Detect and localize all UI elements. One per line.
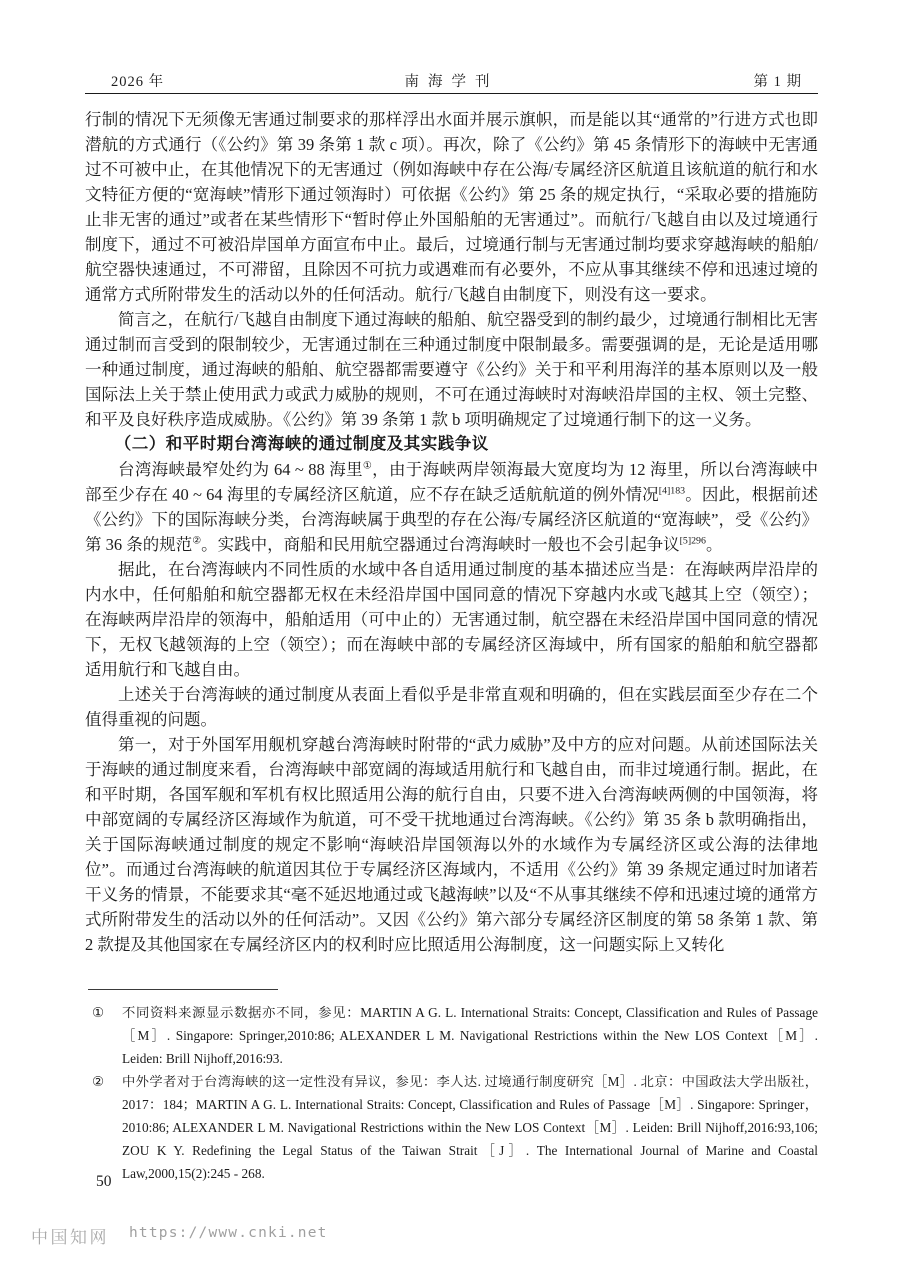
body-paragraph: 第一，对于外国军用舰机穿越台湾海峡时附带的“武力威胁”及中方的应对问题。从前述国… bbox=[85, 732, 818, 957]
footnote-marker: ② bbox=[85, 1070, 122, 1185]
cnki-watermark-url: https://www.cnki.net bbox=[129, 1225, 328, 1241]
article-body: 行制的情况下无须像无害通过制要求的那样浮出水面并展示旗帜，而是能以其“通常的”行… bbox=[85, 107, 818, 957]
journal-page: 2026 年 南海学刊 第 1 期 行制的情况下无须像无害通过制要求的那样浮出水… bbox=[0, 0, 900, 1273]
citation-ref: [4]183 bbox=[659, 486, 685, 497]
body-paragraph: 简言之，在航行/飞越自由制度下通过海峡的船舶、航空器受到的制约最少，过境通行制相… bbox=[85, 307, 818, 432]
footnote-separator bbox=[88, 989, 278, 990]
text-run: 。 bbox=[706, 535, 723, 554]
text-run: 台湾海峡最窄处约为 64 ~ 88 海里 bbox=[118, 460, 363, 479]
text-run: 。实践中，商船和民用航空器通过台湾海峡时一般也不会引起争议 bbox=[201, 535, 680, 554]
footnote-marker: ① bbox=[85, 1001, 122, 1070]
running-header: 2026 年 南海学刊 第 1 期 bbox=[85, 70, 818, 91]
header-year: 2026 年 bbox=[85, 70, 265, 91]
footnote-text: 不同资料来源显示数据亦不同，参见：MARTIN A G. L. Internat… bbox=[122, 1001, 818, 1070]
text-run: 第一，对于外国军用舰机穿越台湾海峡时附带的“武力威胁”及中方的应对问题。从前述国… bbox=[85, 735, 818, 954]
cnki-watermark-brand: 中国知网 bbox=[31, 1223, 109, 1248]
citation-ref: ② bbox=[192, 536, 201, 547]
body-paragraph: 台湾海峡最窄处约为 64 ~ 88 海里①，由于海峡两岸领海最大宽度均为 12 … bbox=[85, 457, 818, 557]
section-heading: （二）和平时期台湾海峡的通过制度及其实践争议 bbox=[85, 432, 818, 457]
body-paragraph: 上述关于台湾海峡的通过制度从表面上看似乎是非常直观和明确的，但在实践层面至少存在… bbox=[85, 682, 818, 732]
body-paragraph: 据此，在台湾海峡内不同性质的水域中各自适用通过制度的基本描述应当是：在海峡两岸沿… bbox=[85, 557, 818, 682]
text-run: 简言之，在航行/飞越自由制度下通过海峡的船舶、航空器受到的制约最少，过境通行制相… bbox=[85, 310, 818, 429]
header-journal-title: 南海学刊 bbox=[265, 70, 638, 91]
text-run: 据此，在台湾海峡内不同性质的水域中各自适用通过制度的基本描述应当是：在海峡两岸沿… bbox=[85, 560, 818, 679]
footnote-text: 中外学者对于台湾海峡的这一定性没有异议，参见：李人达. 过境通行制度研究［M］.… bbox=[122, 1070, 818, 1185]
page-number: 50 bbox=[96, 1173, 112, 1191]
body-paragraph: 行制的情况下无须像无害通过制要求的那样浮出水面并展示旗帜，而是能以其“通常的”行… bbox=[85, 107, 818, 307]
footnote-item: ②中外学者对于台湾海峡的这一定性没有异议，参见：李人达. 过境通行制度研究［M］… bbox=[85, 1070, 818, 1185]
text-run: 行制的情况下无须像无害通过制要求的那样浮出水面并展示旗帜，而是能以其“通常的”行… bbox=[85, 110, 818, 304]
footnotes-list: ①不同资料来源显示数据亦不同，参见：MARTIN A G. L. Interna… bbox=[85, 1001, 818, 1185]
text-run: 上述关于台湾海峡的通过制度从表面上看似乎是非常直观和明确的，但在实践层面至少存在… bbox=[85, 685, 818, 729]
text-run: （二）和平时期台湾海峡的通过制度及其实践争议 bbox=[115, 435, 489, 453]
header-issue: 第 1 期 bbox=[638, 70, 818, 91]
footnote-item: ①不同资料来源显示数据亦不同，参见：MARTIN A G. L. Interna… bbox=[85, 1001, 818, 1070]
citation-ref: [5]296 bbox=[680, 536, 706, 547]
header-rule bbox=[85, 93, 818, 94]
citation-ref: ① bbox=[363, 461, 372, 472]
